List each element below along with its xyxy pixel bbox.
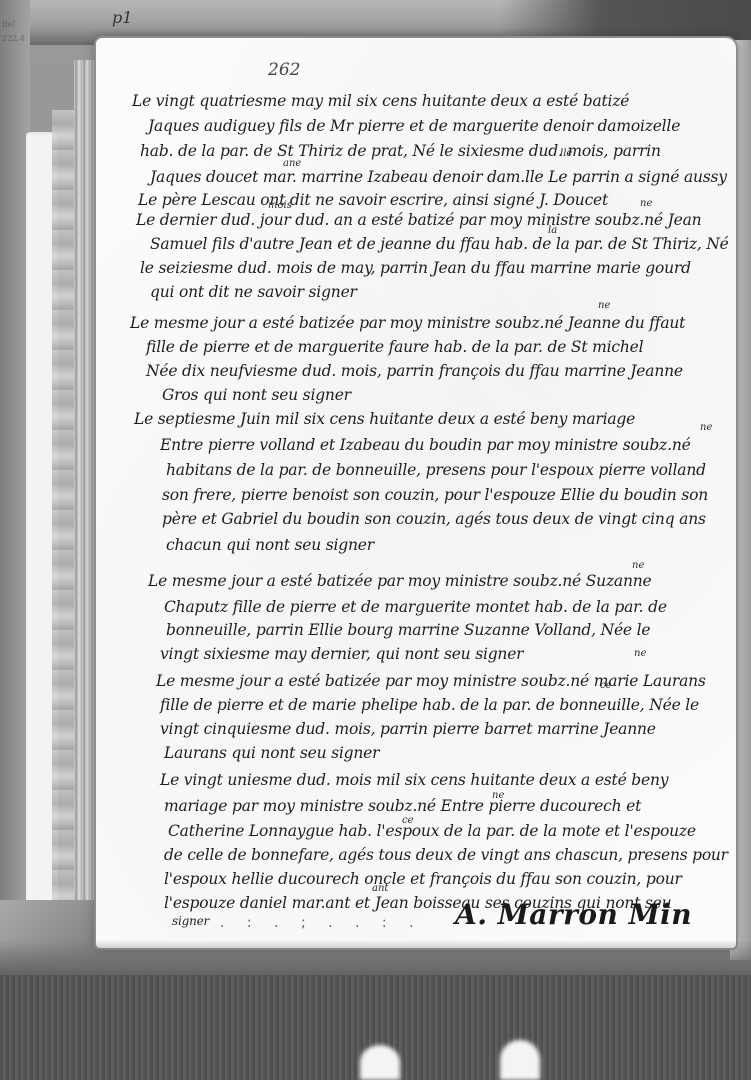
entry-line: vingt sixiesme may dernier, qui nont seu… <box>160 645 523 663</box>
ink-blots: . : . ; . . : . <box>220 915 423 931</box>
entry-line: Le mesme jour a esté batizée par moy min… <box>156 672 706 690</box>
binding-light-spot <box>500 1040 540 1080</box>
entry-line: Samuel fils d'autre Jean et de jeanne du… <box>150 235 729 253</box>
entry-line: Née dix neufviesme dud. mois, parrin fra… <box>146 362 683 380</box>
entry-line: Gros qui nont seu signer <box>162 386 351 404</box>
entry-line: Le père Lescau ont dit ne savoir escrire… <box>138 191 608 209</box>
entry-line: vingt cinquiesme dud. mois, parrin pierr… <box>160 720 656 738</box>
page-number: 262 <box>268 60 300 80</box>
entry-line: Catherine Lonnaygue hab. l'espoux de la … <box>168 822 696 840</box>
top-shadow <box>500 0 751 40</box>
entry-line: Le dernier dud. jour dud. an a esté bati… <box>136 211 701 229</box>
entry-line: Le vingt quatriesme may mil six cens hui… <box>132 92 722 110</box>
entry-line: habitans de la par. de bonneuille, prese… <box>166 461 706 479</box>
entry-line: l'espoux hellie ducourech oncle et franç… <box>164 870 682 888</box>
margin-note: Bel <box>2 18 42 32</box>
margin-note: 222.4 <box>2 32 42 46</box>
entry-line: Entre pierre volland et Izabeau du boudi… <box>160 436 691 454</box>
entry-line: hab. de la par. de St Thiriz de prat, Né… <box>140 142 661 160</box>
minister-signature: A. Marron Min <box>455 898 692 931</box>
entry-line: mariage par moy ministre soubz.né Entre … <box>164 797 641 815</box>
entry-line: de celle de bonnefare, agés tous deux de… <box>164 846 728 864</box>
margin-notes: Bel 222.4 <box>2 18 42 46</box>
entry-line: Jaques doucet mar. marrine Izabeau denoi… <box>150 168 727 186</box>
entry-line: chacun qui nont seu signer <box>166 536 374 554</box>
entry-line: Le vingt uniesme dud. mois mil six cens … <box>160 771 668 789</box>
interlinear-note: ne <box>632 560 644 571</box>
interlinear-note: lle <box>560 148 572 159</box>
interlinear-note: ce <box>600 680 612 691</box>
interlinear-note: ne <box>598 300 610 311</box>
entry-line: Chaputz fille de pierre et de marguerite… <box>164 598 667 616</box>
entry-line: Le septiesme Juin mil six cens huitante … <box>134 410 635 428</box>
interlinear-note: ne <box>700 422 712 433</box>
entry-line: qui ont dit ne savoir signer <box>150 283 357 301</box>
entry-line: bonneuille, parrin Ellie bourg marrine S… <box>166 621 650 639</box>
entry-line: signer <box>172 914 209 928</box>
interlinear-note: ne <box>634 648 646 659</box>
binding-light-spot <box>360 1045 400 1080</box>
folio-mark: p1 <box>112 8 132 27</box>
interlinear-note: ne <box>640 198 652 209</box>
entry-line: père et Gabriel du boudin son couzin, ag… <box>162 510 706 528</box>
entry-line: Laurans qui nont seu signer <box>164 744 379 762</box>
interlinear-note: mois <box>268 200 292 211</box>
manuscript-scan: Bel 222.4 p1 262 Le vingt quatriesme may… <box>0 0 751 1080</box>
entry-line: fille de pierre et de marie phelipe hab.… <box>160 696 699 714</box>
entry-line: Jaques audiguey fils de Mr pierre et de … <box>148 117 680 135</box>
entry-line: fille de pierre et de marguerite faure h… <box>146 338 643 356</box>
entry-line: Le mesme jour a esté batizée par moy min… <box>130 314 685 332</box>
entry-line: le seiziesme dud. mois de may, parrin Je… <box>140 259 691 277</box>
interlinear-note: ant <box>372 883 388 894</box>
entry-line: son frere, pierre benoist son couzin, po… <box>162 486 708 504</box>
entry-line: Le mesme jour a esté batizée par moy min… <box>148 572 652 590</box>
